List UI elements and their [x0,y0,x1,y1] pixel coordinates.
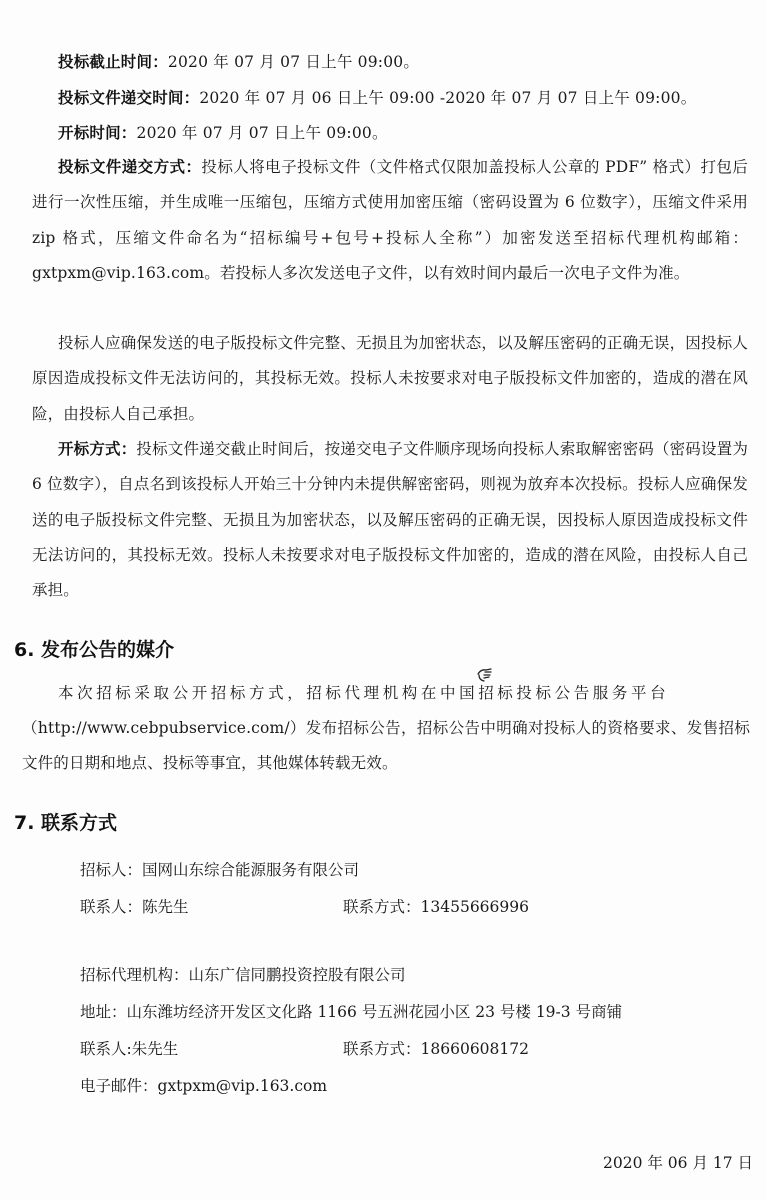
agency-phone: 联系方式：18660608172 [343,1039,529,1059]
agency-contact-name: 朱先生 [132,1040,179,1058]
tenderer-phone: 联系方式：13455666996 [343,897,529,917]
tenderer-contact-line: 联系人：陈先生 联系方式：13455666996 [80,897,189,917]
submission-period-line: 投标文件递交时间：2020 年 07 月 06 日上午 09:00 -2020 … [58,88,696,108]
agency-email-value: gxtpxm@vip.163.com [158,1077,328,1095]
submission-method-paragraph: 投标文件递交方式：投标人将电子投标文件（文件格式仅限加盖投标人公章的 PDF” … [32,150,748,291]
integrity-notice-paragraph: 投标人应确保发送的电子版投标文件完整、无损且为加密状态，以及解压密码的正确无误，… [32,326,748,432]
agency-email-label: 电子邮件： [80,1077,158,1095]
agency-address-label: 地址： [80,1003,127,1021]
opening-method-paragraph: 开标方式：投标文件递交截止时间后，按递交电子文件顺序现场向投标人索取解密密码（密… [32,432,748,608]
agency-contact-line: 联系人:朱先生 联系方式：18660608172 [80,1039,178,1059]
opening-method-text: 投标文件递交截止时间后，按递交电子文件顺序现场向投标人索取解密密码（密码设置为 … [32,440,748,599]
section-6-text-rest: （http://www.cebpubservice.com/）发布招标公告，招标… [22,711,750,782]
tenderer-contact-name: 陈先生 [142,898,189,916]
document-page: 投标截止时间：2020 年 07 月 07 日上午 09:00。 投标文件递交时… [0,0,767,1200]
submission-method-label: 投标文件递交方式： [58,158,201,176]
tenderer-phone-label: 联系方式： [343,898,421,916]
agency-address-line: 地址：山东潍坊经济开发区文化路 1166 号五洲花园小区 23 号楼 19-3 … [80,1002,622,1022]
agency-phone-value: 18660608172 [421,1040,529,1058]
deadline-value: 2020 年 07 月 07 日上午 09:00。 [168,53,419,71]
tenderer-line: 招标人：国网山东综合能源服务有限公司 [80,860,359,880]
tenderer-name: 国网山东综合能源服务有限公司 [142,861,359,879]
agency-address-value: 山东潍坊经济开发区文化路 1166 号五洲花园小区 23 号楼 19-3 号商铺 [127,1003,623,1021]
opening-time-label: 开标时间： [58,124,137,142]
submission-period-label: 投标文件递交时间： [58,89,199,107]
tenderer-contact-label: 联系人： [80,898,142,916]
tenderer-phone-value: 13455666996 [421,898,529,916]
submission-period-value: 2020 年 07 月 06 日上午 09:00 -2020 年 07 月 07… [199,89,696,107]
agency-name: 山东广信同鹏投资控股有限公司 [189,966,406,984]
agency-phone-label: 联系方式： [343,1040,421,1058]
section-6-text-line1: 本次招标采取公开招标方式，招标代理机构在中国招标投标公告服务平台 [32,676,748,711]
agency-line: 招标代理机构：山东广信同鹏投资控股有限公司 [80,965,406,985]
agency-email-line: 电子邮件：gxtpxm@vip.163.com [80,1076,327,1096]
deadline-label: 投标截止时间： [58,53,168,71]
opening-time-value: 2020 年 07 月 07 日上午 09:00。 [137,124,388,142]
agency-label: 招标代理机构： [80,966,189,984]
submission-method-text: 投标人将电子投标文件（文件格式仅限加盖投标人公章的 PDF” 格式）打包后进行一… [32,158,748,282]
deadline-line: 投标截止时间：2020 年 07 月 07 日上午 09:00。 [58,52,419,72]
agency-contact-label: 联系人: [80,1040,132,1058]
opening-time-line: 开标时间：2020 年 07 月 07 日上午 09:00。 [58,123,388,143]
document-date: 2020 年 06 月 17 日 [603,1153,753,1173]
section-7-heading: 7. 联系方式 [14,811,117,835]
section-6-heading: 6. 发布公告的媒介 [14,638,174,662]
opening-method-label: 开标方式： [58,440,136,458]
tenderer-label: 招标人： [80,861,142,879]
